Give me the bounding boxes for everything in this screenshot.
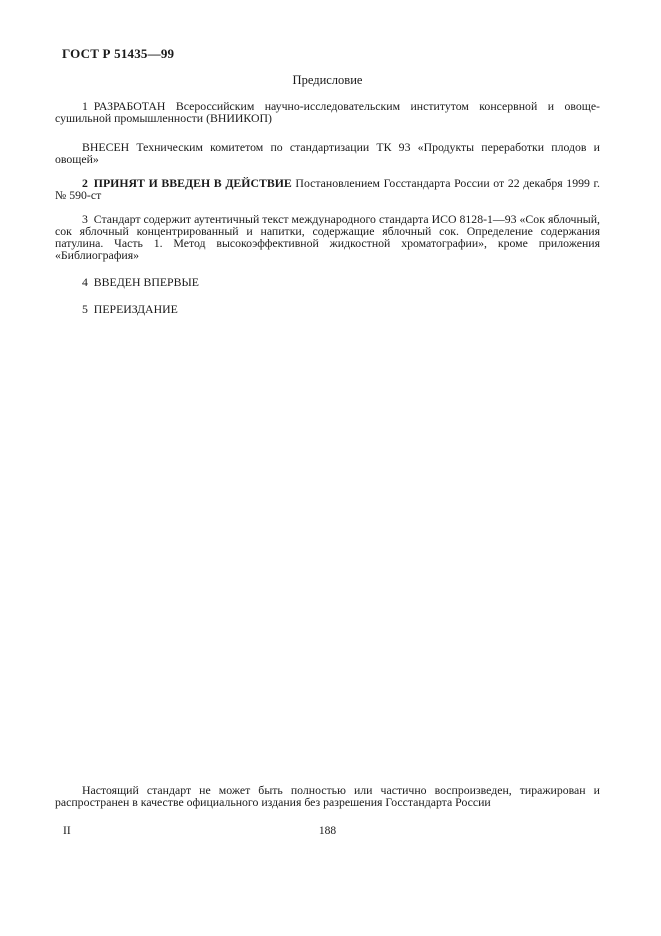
preface-item-submitted: ВНЕСЕН Техническим комитетом по стандарт… [55,141,600,165]
copyright-notice: Настоящий стандарт не может быть полност… [55,784,600,808]
preface-item-standard-content: 3 Стандарт содержит аутентичный текст ме… [55,213,600,261]
preface-item-developed: 1 РАЗРАБОТАН Всероссийским научно-исслед… [55,100,600,124]
page-number-book: 188 [55,825,600,837]
preface-item-first-introduced: 4 ВВЕДЕН ВПЕРВЫЕ [55,276,600,288]
page-footer: II 188 [55,825,600,839]
preface-item-adopted-lead: 2 ПРИНЯТ И ВВЕДЕН В ДЕЙСТВИЕ [82,176,292,190]
document-page: ГОСТ Р 51435—99 Предисловие 1 РАЗРАБОТАН… [0,0,661,936]
preface-item-adopted: 2 ПРИНЯТ И ВВЕДЕН В ДЕЙСТВИЕ Постановлен… [55,177,600,201]
preface-item-republication: 5 ПЕРЕИЗДАНИЕ [55,303,600,315]
doc-number: ГОСТ Р 51435—99 [62,46,174,62]
preface-title: Предисловие [55,73,600,88]
